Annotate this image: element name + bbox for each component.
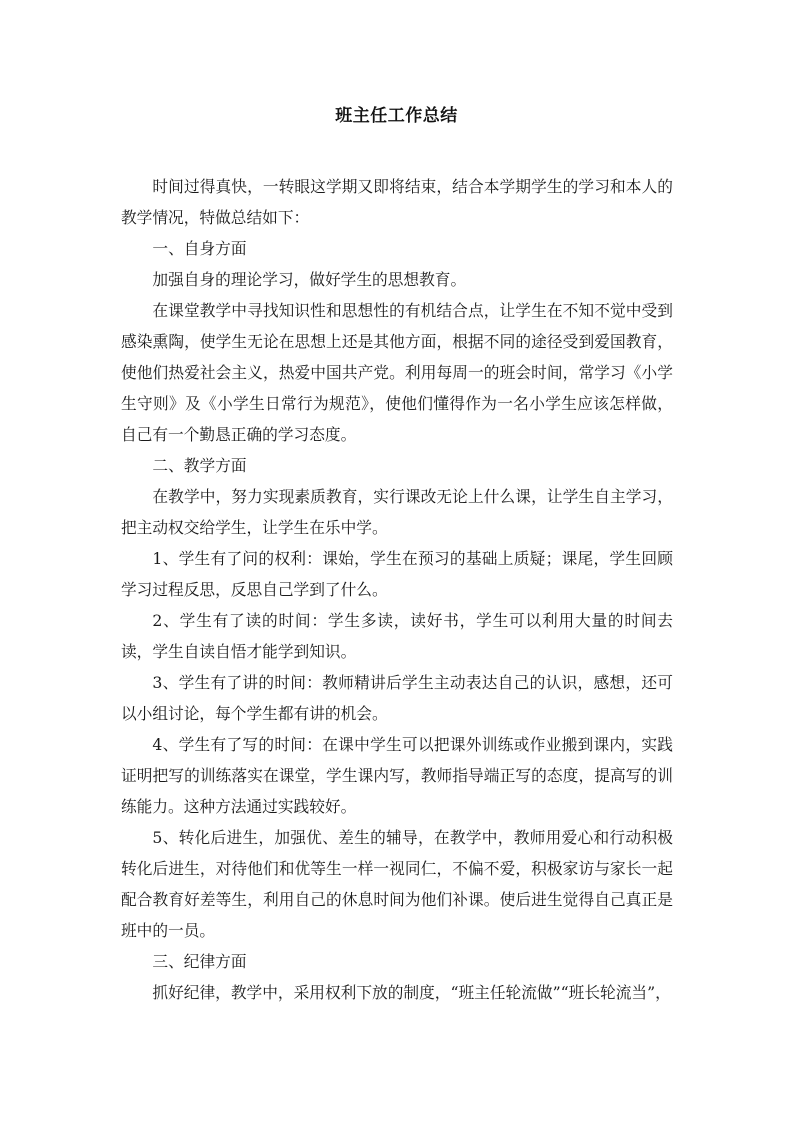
list-item: 5、转化后进生，加强优、差生的辅导，在教学中，教师用爱心和行动积极转化后进生，对… <box>121 822 673 946</box>
paragraph: 在教学中，努力实现素质教育，实行课改无论上什么课，让学生自主学习，把主动权交给学… <box>121 481 673 543</box>
list-item: 3、学生有了讲的时间：教师精讲后学生主动表达自己的认识，感想，还可以小组讨论，每… <box>121 667 673 729</box>
paragraph: 在课堂教学中寻找知识性和思想性的有机结合点，让学生在不知不觉中受到感染熏陶，使学… <box>121 295 673 450</box>
document-title: 班主任工作总结 <box>0 104 793 128</box>
section-heading-discipline: 三、纪律方面 <box>121 946 673 977</box>
paragraph: 抓好纪律，教学中，采用权利下放的制度，“班主任轮流做”“班长轮流当”， <box>121 977 673 1008</box>
section-heading-self: 一、自身方面 <box>121 233 673 264</box>
document-page: 班主任工作总结 时间过得真快，一转眼这学期又即将结束，结合本学期学生的学习和本人… <box>0 0 793 1122</box>
intro-paragraph: 时间过得真快，一转眼这学期又即将结束，结合本学期学生的学习和本人的教学情况，特做… <box>121 171 673 233</box>
section-heading-teaching: 二、教学方面 <box>121 450 673 481</box>
list-item: 2、学生有了读的时间：学生多读，读好书，学生可以利用大量的时间去读，学生自读自悟… <box>121 605 673 667</box>
paragraph: 加强自身的理论学习，做好学生的思想教育。 <box>121 264 673 295</box>
list-item: 1、学生有了问的权利：课始，学生在预习的基础上质疑；课尾，学生回顾学习过程反思，… <box>121 543 673 605</box>
document-body: 时间过得真快，一转眼这学期又即将结束，结合本学期学生的学习和本人的教学情况，特做… <box>121 171 673 1008</box>
list-item: 4、学生有了写的时间：在课中学生可以把课外训练或作业搬到课内，实践证明把写的训练… <box>121 729 673 822</box>
